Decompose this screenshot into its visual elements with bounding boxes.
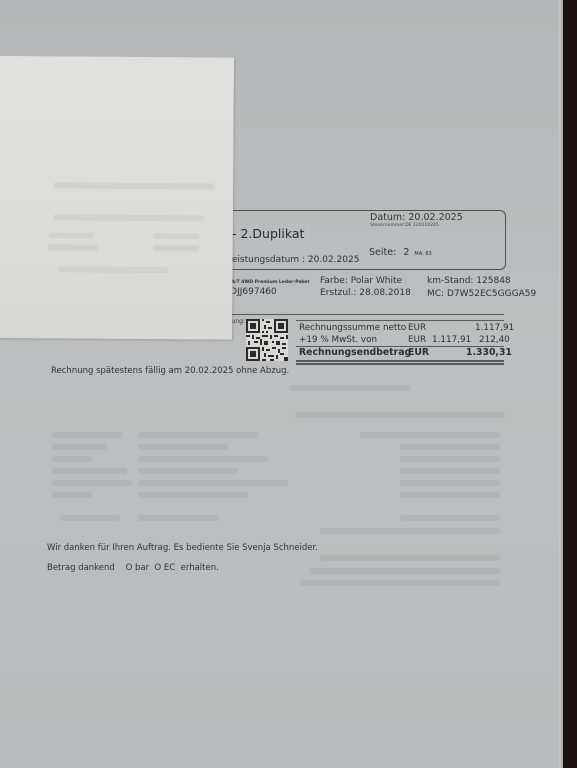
- net-total-label: Rechnungssumme netto: [299, 323, 406, 333]
- show-through-text: [300, 580, 500, 586]
- vat-value: 212,40: [479, 335, 510, 345]
- first-registration: Erstzul.: 28.08.2018: [320, 288, 411, 298]
- mileage: km-Stand: 125848: [427, 276, 511, 286]
- show-through-text: [52, 444, 107, 450]
- invoice-date: Datum: 20.02.2025: [370, 212, 463, 223]
- show-through-text: [49, 244, 99, 250]
- show-through-text: [52, 480, 132, 486]
- divider: [226, 314, 504, 315]
- page-value: 2: [403, 247, 409, 258]
- show-through-text: [138, 444, 228, 450]
- show-through-text: [400, 456, 500, 462]
- employee-code: MA: 63: [414, 251, 431, 257]
- divider: [296, 320, 504, 321]
- vat-currency: EUR: [408, 335, 426, 345]
- qr-code-icon: [246, 319, 288, 361]
- show-through-text: [400, 468, 500, 474]
- show-through-text: [154, 245, 199, 251]
- tax-number: Steuernummer:DE 120110245: [370, 223, 439, 228]
- show-through-text: [58, 266, 168, 273]
- show-through-text: [138, 480, 288, 486]
- show-through-text: [52, 492, 92, 498]
- show-through-text: [138, 456, 268, 462]
- show-through-text: [49, 232, 94, 238]
- vehicle-color: Farbe: Polar White: [320, 276, 402, 286]
- show-through-text: [400, 515, 500, 521]
- show-through-text: [54, 182, 214, 189]
- double-underline: [296, 360, 504, 362]
- grand-total-currency: EUR: [408, 347, 429, 358]
- service-date: Leistungsdatum : 20.02.2025: [227, 255, 359, 265]
- show-through-text: [360, 432, 500, 438]
- show-through-text: [320, 528, 500, 534]
- show-through-text: [295, 412, 505, 418]
- due-note: Rechnung spätestens fällig am 20.02.2025…: [51, 366, 289, 376]
- net-total-value: 1.117,91: [475, 323, 514, 333]
- invoice-title: - 2.Duplikat: [232, 226, 304, 241]
- show-through-text: [52, 456, 92, 462]
- page-number: Seite: 2 MA: 63: [369, 247, 432, 258]
- show-through-text: [52, 432, 122, 438]
- show-through-text: [138, 432, 258, 438]
- show-through-text: [290, 385, 410, 391]
- show-through-text: [154, 233, 199, 239]
- vat-label: +19 % MwSt. von: [299, 335, 377, 345]
- show-through-text: [54, 214, 204, 221]
- show-through-text: [52, 468, 127, 474]
- dark-background: [563, 0, 577, 768]
- show-through-text: [320, 555, 500, 561]
- show-through-text: [60, 515, 120, 521]
- vehicle-model: ser A/T 4WD Premium Leder-Paket: [222, 280, 310, 285]
- double-underline: [296, 363, 504, 365]
- page-label: Seite:: [369, 247, 396, 258]
- payment-note: Betrag dankend O bar O EC erhalten.: [47, 563, 219, 573]
- show-through-text: [310, 568, 500, 574]
- show-through-text: [138, 515, 218, 521]
- show-through-text: [138, 492, 248, 498]
- show-through-text: [138, 468, 238, 474]
- grand-total-label: Rechnungsendbetrag: [299, 347, 411, 358]
- net-total-currency: EUR: [408, 323, 426, 333]
- covering-paper: [0, 56, 234, 340]
- grand-total-value: 1.330,31: [466, 347, 512, 358]
- vat-base: 1.117,91: [432, 335, 471, 345]
- show-through-text: [400, 444, 500, 450]
- show-through-text: [400, 480, 500, 486]
- motor-code: MC: D7W52EC5GGGA59: [427, 289, 536, 299]
- thanks-note: Wir danken für Ihren Auftrag. Es bedient…: [47, 543, 318, 553]
- show-through-text: [400, 492, 500, 498]
